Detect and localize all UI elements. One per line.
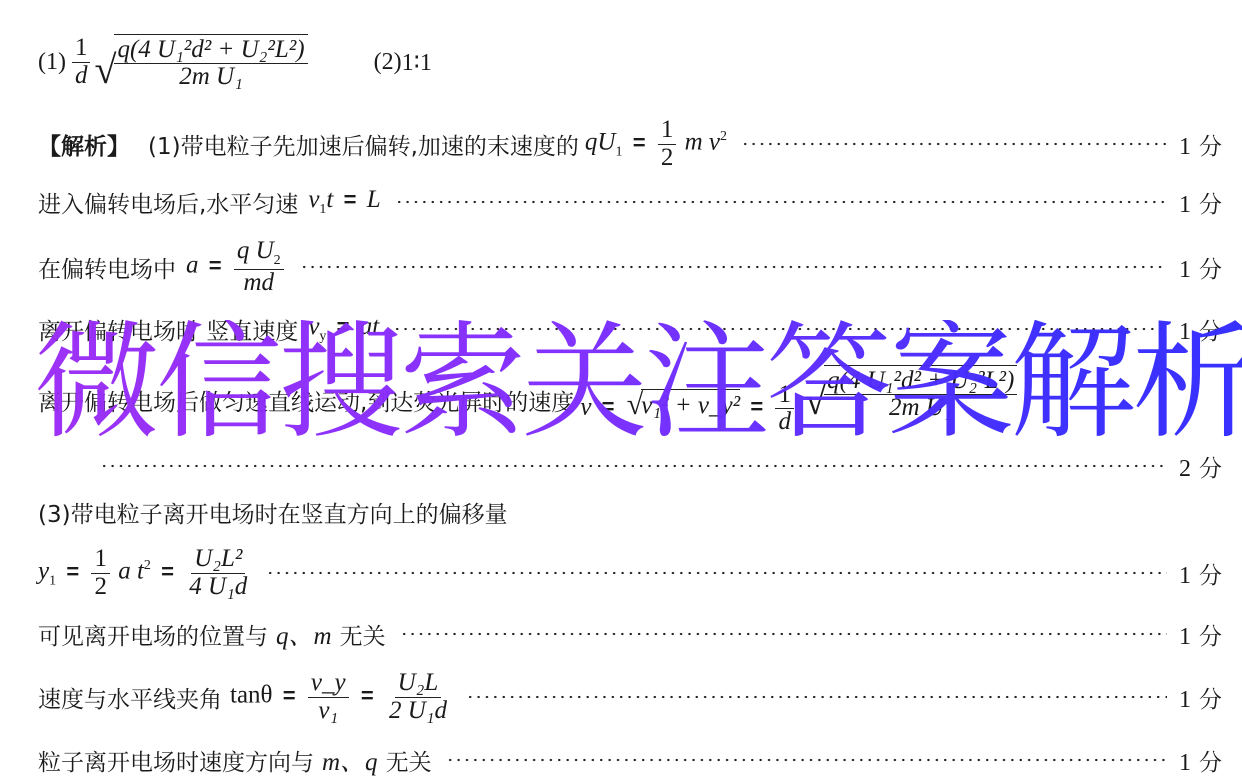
score: 1分 bbox=[1179, 128, 1222, 161]
leader-dots bbox=[393, 327, 1167, 331]
formula-step-2: v1t = L bbox=[308, 186, 380, 218]
step-9: 粒子离开电场时速度方向与 m、q 无关 1分 bbox=[38, 742, 1222, 778]
step-5-score-line: 2分 bbox=[100, 448, 1222, 484]
leader-dots bbox=[466, 695, 1167, 699]
part2-value: 1∶1 bbox=[402, 48, 432, 77]
formula-step-6: y1 = 12 a t2 = U₂L²4 U₁d bbox=[38, 546, 252, 600]
leader-dots bbox=[300, 265, 1167, 269]
score: 1分 bbox=[1179, 744, 1222, 777]
leader-dots bbox=[400, 632, 1167, 636]
step-5: 离开偏转电场后做匀速直线运动,到达荧光屏时的速度 v = √v₁² + v_y²… bbox=[38, 360, 1202, 440]
score: 1分 bbox=[1179, 618, 1222, 651]
step-8: 速度与水平线夹角 tanθ = v_yv₁ = U₂L2 U₁d 1分 bbox=[38, 664, 1222, 730]
part1-label: (1) bbox=[38, 49, 66, 76]
score: 1分 bbox=[1179, 251, 1222, 284]
step-4: 离开偏转电场时 竖直速度 vy = at 1分 bbox=[38, 310, 1222, 348]
leader-dots bbox=[741, 142, 1167, 146]
score: 1分 bbox=[1179, 557, 1222, 590]
leader-dots bbox=[266, 571, 1167, 575]
step-2: 进入偏转电场后,水平匀速 v1t = L 1分 bbox=[38, 182, 1222, 222]
formula-step-4: vy = at bbox=[308, 313, 379, 345]
step-7: 可见离开电场的位置与 q、m 无关 1分 bbox=[38, 616, 1222, 652]
formula-step-3: a = q U2md bbox=[186, 238, 286, 296]
part1-sqrt: √ q(4 U₁²d² + U₂²L²) 2m U₁ bbox=[94, 34, 307, 91]
score: 1分 bbox=[1179, 313, 1222, 346]
analysis-tag: 【解析】 bbox=[38, 128, 130, 161]
answer-document: (1) 1 d √ q(4 U₁²d² + U₂²L²) 2m U₁ (2) 1… bbox=[0, 0, 1242, 778]
leader-dots bbox=[100, 464, 1167, 468]
formula-step-8: tanθ = v_yv₁ = U₂L2 U₁d bbox=[230, 670, 452, 724]
leader-dots bbox=[446, 758, 1167, 762]
part3-heading: (3)带电粒子离开电场时在竖直方向上的偏移量 bbox=[38, 494, 1222, 530]
formula-step-5: v = √v₁² + v_y² = 1d √q(4 U₁²d² + U₂²L²)… bbox=[580, 365, 1017, 436]
part1-coefficient: 1 d bbox=[72, 35, 91, 89]
leader-dots bbox=[395, 200, 1167, 204]
step-6: y1 = 12 a t2 = U₂L²4 U₁d 1分 bbox=[38, 540, 1222, 606]
score: 2分 bbox=[1179, 450, 1222, 483]
part2-label: (2) bbox=[374, 49, 402, 76]
score: 1分 bbox=[1179, 681, 1222, 714]
formula-step-1: qU1 = 12 m v2 bbox=[585, 117, 727, 171]
step-1: 【解析】 (1)带电粒子先加速后偏转,加速的末速度的 qU1 = 12 m v2… bbox=[38, 116, 1222, 172]
answers-line: (1) 1 d √ q(4 U₁²d² + U₂²L²) 2m U₁ (2) 1… bbox=[38, 22, 1222, 102]
score: 1分 bbox=[1179, 186, 1222, 219]
sqrt-icon: √ bbox=[94, 50, 116, 90]
step-3: 在偏转电场中 a = q U2md 1分 bbox=[38, 238, 1222, 296]
